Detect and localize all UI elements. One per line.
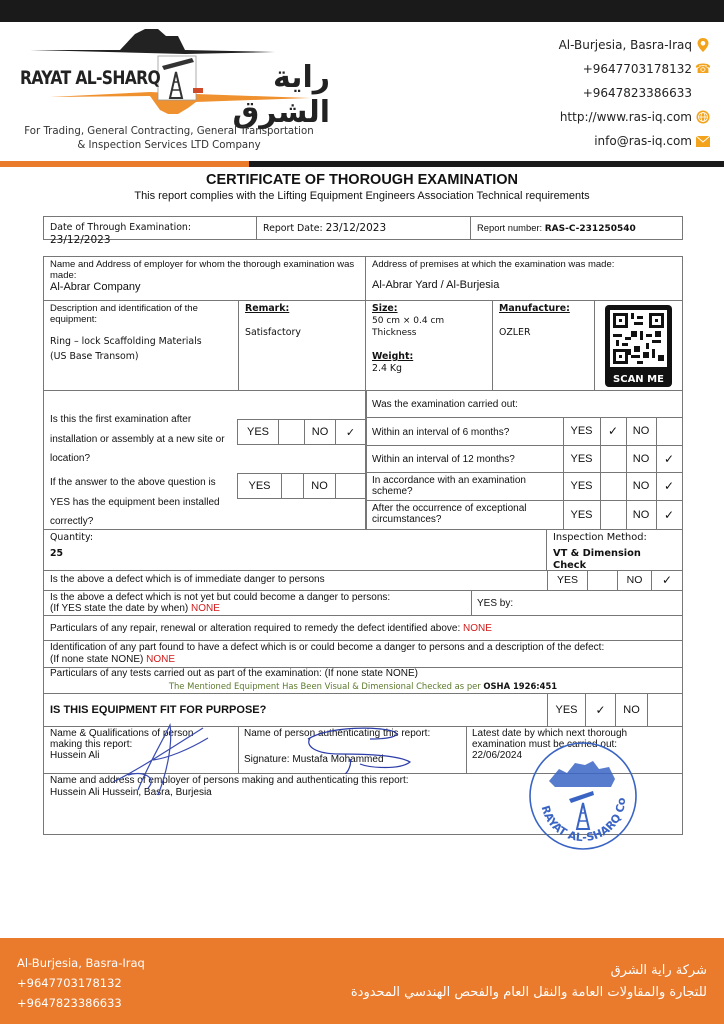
part-defect-label-2: (If none state NONE) <box>50 654 143 665</box>
contact-phone-2-text[interactable]: +9647823386633 <box>583 86 692 100</box>
size-weight-cell: Size: 50 cm × 0.4 cm Thickness Weight: 2… <box>366 301 493 391</box>
premises-label: Address of premises at which the examina… <box>372 259 676 271</box>
yes-label: YES <box>563 509 600 521</box>
footer-ar-line-1: شركة راية الشرق <box>351 960 707 982</box>
qr-code-icon <box>610 310 667 367</box>
certificate-subtitle: This report complies with the Lifting Eq… <box>0 190 724 202</box>
report-number-cell: Report number: RAS-C-231250540 <box>471 217 682 239</box>
fit-for-purpose-question: IS THIS EQUIPMENT FIT FOR PURPOSE? <box>50 704 266 716</box>
manufacture-label: Manufacture: <box>499 303 588 315</box>
tests-label: Particulars of any tests carried out as … <box>50 668 418 679</box>
future-danger-question: Is the above a defect which is not yet b… <box>50 592 390 614</box>
employer-of-persons-label: Name and address of employer of persons … <box>50 775 409 787</box>
footer-phone-2[interactable]: +9647823386633 <box>17 993 145 1013</box>
immediate-danger-question: Is the above a defect which is of immedi… <box>50 574 325 585</box>
interval-6-yes-checkbox[interactable]: ✓ <box>600 424 626 438</box>
report-number-label: Report number: <box>477 222 542 233</box>
contact-website-link[interactable]: http://www.ras-iq.com <box>560 110 692 124</box>
qr-scan-label: SCAN ME <box>605 374 672 385</box>
scheme-no-checkbox[interactable]: ✓ <box>656 479 682 493</box>
exceptional-circumstances-question: After the occurrence of exceptional circ… <box>372 503 552 525</box>
contact-phone-1: +9647703178132 ☎ <box>559 57 710 81</box>
telephone-icon: ☎ <box>696 62 710 76</box>
header-divider-orange <box>0 161 249 167</box>
carried-out-label: Was the examination carried out: <box>372 399 518 410</box>
part-defect-label-1: Identification of any part found to have… <box>50 642 604 654</box>
examination-scheme-answer: YES NO ✓ <box>563 472 682 500</box>
divider <box>238 726 239 773</box>
manufacture-value: OZLER <box>499 327 588 339</box>
immediate-danger-answer: YES NO ✓ <box>547 570 682 590</box>
premises-value: Al-Abrar Yard / Al-Burjesia <box>372 279 676 291</box>
company-logo: RAYAT AL-SHARQ راية الشرق <box>10 26 330 126</box>
footer-contact: Al-Burjesia, Basra-Iraq +9647703178132 +… <box>17 953 145 1013</box>
yes-label: YES <box>563 425 600 437</box>
footer-phone-1[interactable]: +9647703178132 <box>17 973 145 993</box>
header-divider-dark <box>249 161 724 167</box>
part-defect-question: Identification of any part found to have… <box>50 642 604 666</box>
contact-email: info@ras-iq.com <box>559 129 710 153</box>
footer-ar-line-2: للتجارة والمقاولات العامة والنقل العام و… <box>351 982 707 1004</box>
future-danger-label-1: Is the above a defect which is not yet b… <box>50 592 390 603</box>
interval-6-months-answer: YES ✓ NO <box>563 417 682 445</box>
future-danger-value: NONE <box>191 603 220 614</box>
tests-standard: OSHA 1926:451 <box>483 681 557 691</box>
interval-6-months-question: Within an interval of 6 months? <box>372 427 509 438</box>
contact-website: http://www.ras-iq.com <box>559 105 710 129</box>
employer-label: Name and Address of employer for whom th… <box>50 259 359 281</box>
no-label: NO <box>626 480 656 492</box>
signature-maker-icon <box>108 720 218 798</box>
report-number-value: RAS-C-231250540 <box>545 224 636 234</box>
remark-value: Satisfactory <box>245 327 359 339</box>
contact-email-link[interactable]: info@ras-iq.com <box>594 134 692 148</box>
company-stamp-icon: RAYAT AL-SHARQ Co. <box>527 741 639 851</box>
no-label: NO <box>626 509 656 521</box>
size-label: Size: <box>372 303 486 315</box>
fit-no-checkbox[interactable] <box>648 693 682 726</box>
divider <box>471 590 472 615</box>
yes-by-label: YES by: <box>477 598 513 609</box>
qr-code-badge[interactable]: SCAN ME <box>605 305 672 387</box>
remark-label: Remark: <box>245 303 359 315</box>
first-exam-answer: YES NO ✓ <box>237 419 366 445</box>
manufacture-cell: Manufacture: OZLER <box>493 301 595 391</box>
size-value: 50 cm × 0.4 cm Thickness <box>372 315 486 339</box>
installed-yes-checkbox[interactable] <box>282 474 304 498</box>
employer-cell: Name and Address of employer for whom th… <box>44 257 366 301</box>
next-exam-label-1: Latest date by which next thorough <box>472 728 627 739</box>
divider <box>466 726 467 773</box>
exceptional-no-checkbox[interactable]: ✓ <box>656 508 682 522</box>
divider <box>44 590 682 591</box>
tests-value: The Mentioned Equipment Has Been Visual … <box>169 681 481 691</box>
interval-12-months-answer: YES NO ✓ <box>563 445 682 472</box>
part-defect-value: NONE <box>146 654 175 665</box>
contact-phone-2: +9647823386633 . <box>559 81 710 105</box>
report-date-label: Report Date: <box>263 223 323 234</box>
certificate-title: CERTIFICATE OF THOROUGH EXAMINATION <box>0 172 724 188</box>
premises-cell: Address of premises at which the examina… <box>366 257 682 301</box>
interval-12-no-checkbox[interactable]: ✓ <box>656 452 682 466</box>
footer-arabic-name: شركة راية الشرق للتجارة والمقاولات العام… <box>351 960 707 1004</box>
repair-question: Particulars of any repair, renewal or al… <box>50 623 492 634</box>
tagline-line-1: For Trading, General Contracting, Genera… <box>18 125 320 139</box>
signature-authenticator-icon <box>300 724 420 774</box>
employer-of-persons: Name and address of employer of persons … <box>50 775 409 799</box>
no-label: NO <box>616 693 648 726</box>
contact-info: Al-Burjesia, Basra-Iraq +9647703178132 ☎… <box>559 33 710 153</box>
employer-of-persons-value: Hussein Ali Hussein, Basra, Burjesia <box>50 787 409 799</box>
repair-value: NONE <box>463 623 492 634</box>
exceptional-circumstances-answer: YES NO ✓ <box>563 500 682 529</box>
description-line-2: (US Base Transom) <box>50 349 232 364</box>
installed-correctly-question: If the answer to the above question is Y… <box>50 473 235 532</box>
immediate-no-checkbox[interactable]: ✓ <box>652 570 682 590</box>
report-date-value: 23/12/2023 <box>326 222 387 234</box>
first-exam-yes-checkbox[interactable] <box>279 420 305 444</box>
yes-label: YES <box>563 480 600 492</box>
yes-label: YES <box>547 693 586 726</box>
exam-date-label: Date of Through Examination: <box>50 222 191 233</box>
yes-label: YES <box>238 474 282 498</box>
quantity-label: Quantity: <box>50 532 540 544</box>
no-label: NO <box>304 474 336 498</box>
yes-label: YES <box>238 420 279 444</box>
top-bar <box>0 0 724 22</box>
yes-label: YES <box>547 570 588 590</box>
description-line-1: Ring – lock Scaffolding Materials <box>50 334 232 349</box>
examination-scheme-question: In accordance with an examination scheme… <box>372 475 552 497</box>
interval-12-months-question: Within an interval of 12 months? <box>372 454 515 465</box>
installed-no-checkbox[interactable] <box>336 474 365 498</box>
exam-date-value: 23/12/2023 <box>50 234 111 246</box>
no-label: NO <box>626 453 656 465</box>
repair-label: Particulars of any repair, renewal or al… <box>50 623 460 634</box>
first-exam-no-checkbox[interactable]: ✓ <box>336 420 365 444</box>
yes-label: YES <box>563 453 600 465</box>
divider <box>44 640 682 641</box>
tests-result: The Mentioned Equipment Has Been Visual … <box>44 681 682 691</box>
footer-bar: Al-Burjesia, Basra-Iraq +9647703178132 +… <box>0 938 724 1024</box>
employer-value: Al-Abrar Company <box>50 281 359 294</box>
no-label: NO <box>618 570 652 590</box>
tagline-line-2: & Inspection Services LTD Company <box>18 139 320 153</box>
footer-address: Al-Burjesia, Basra-Iraq <box>17 953 145 973</box>
company-tagline: For Trading, General Contracting, Genera… <box>18 125 320 153</box>
fit-yes-checkbox[interactable]: ✓ <box>586 693 616 726</box>
installed-correctly-answer: YES NO <box>237 473 366 499</box>
quantity-value: 25 <box>50 548 540 560</box>
company-name-ar: راية الشرق <box>210 60 330 130</box>
first-exam-question: Is this the first examination after inst… <box>50 410 235 469</box>
inspection-method-value: VT & Dimension Check <box>553 548 676 572</box>
immediate-yes-checkbox[interactable] <box>588 570 618 590</box>
quantity-cell: Quantity: 25 <box>44 530 547 570</box>
weight-value: 2.4 Kg <box>372 363 486 375</box>
no-label: NO <box>305 420 336 444</box>
divider <box>366 391 367 529</box>
location-pin-icon <box>696 38 710 52</box>
description-cell: Description and identification of the eq… <box>44 301 239 391</box>
contact-address: Al-Burjesia, Basra-Iraq <box>559 33 710 57</box>
company-name-en: RAYAT AL-SHARQ <box>20 67 160 89</box>
contact-address-text: Al-Burjesia, Basra-Iraq <box>559 38 692 52</box>
future-danger-label-2: (If YES state the date by when) <box>50 603 188 614</box>
weight-label: Weight: <box>372 351 486 363</box>
exam-date-cell: Date of Through Examination: 23/12/2023 <box>44 217 257 239</box>
fit-for-purpose-answer: YES ✓ NO <box>547 693 682 726</box>
contact-phone-1-text[interactable]: +9647703178132 <box>583 62 692 76</box>
globe-icon <box>696 110 710 124</box>
inspection-method-label: Inspection Method: <box>553 532 676 544</box>
divider <box>44 615 682 616</box>
envelope-icon <box>696 134 710 148</box>
description-label: Description and identification of the eq… <box>50 303 232 325</box>
remark-cell: Remark: Satisfactory <box>239 301 366 391</box>
report-info-row: Date of Through Examination: 23/12/2023 … <box>43 216 683 240</box>
no-label: NO <box>626 425 656 437</box>
inspection-method-cell: Inspection Method: VT & Dimension Check <box>547 530 682 570</box>
report-date-cell: Report Date: 23/12/2023 <box>257 217 471 239</box>
